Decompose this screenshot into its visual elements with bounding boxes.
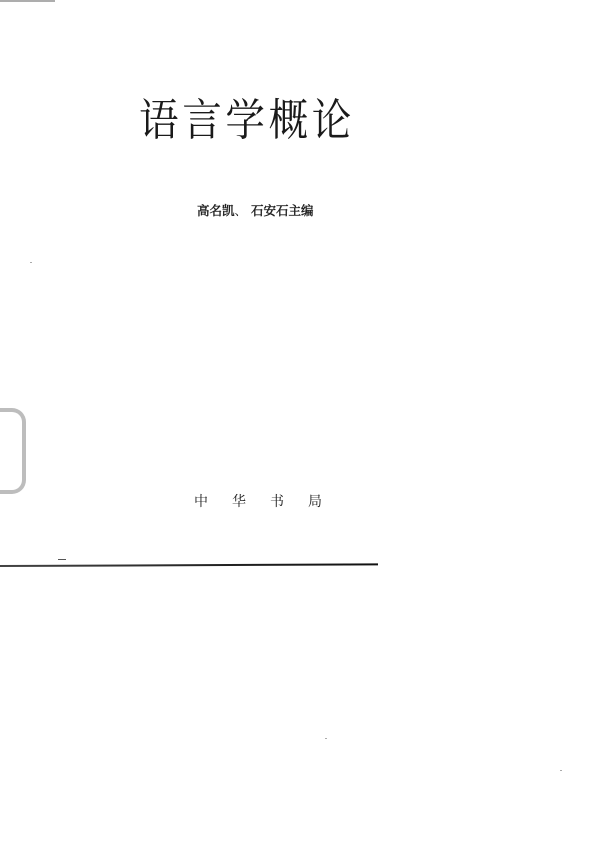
book-title: 语言学概论	[139, 84, 355, 148]
scan-speck	[30, 262, 32, 263]
publisher-char: 局	[308, 491, 346, 511]
scan-speck	[325, 738, 327, 739]
horizontal-rule	[0, 563, 378, 567]
publisher-name: 中华书局	[194, 491, 346, 511]
publisher-char: 华	[232, 491, 270, 511]
author-names: 高名凯	[197, 203, 235, 218]
binding-hole-mark	[0, 408, 26, 494]
book-authors: 高名凯、石安石主编	[197, 201, 314, 219]
scan-speck	[560, 770, 562, 771]
publisher-char: 书	[270, 491, 308, 511]
scan-artifact-top	[0, 0, 55, 2]
author-separator: 、	[235, 203, 248, 218]
rule-tick-mark	[58, 559, 66, 560]
editor-names: 石安石主编	[251, 203, 314, 218]
publisher-char: 中	[194, 491, 232, 511]
